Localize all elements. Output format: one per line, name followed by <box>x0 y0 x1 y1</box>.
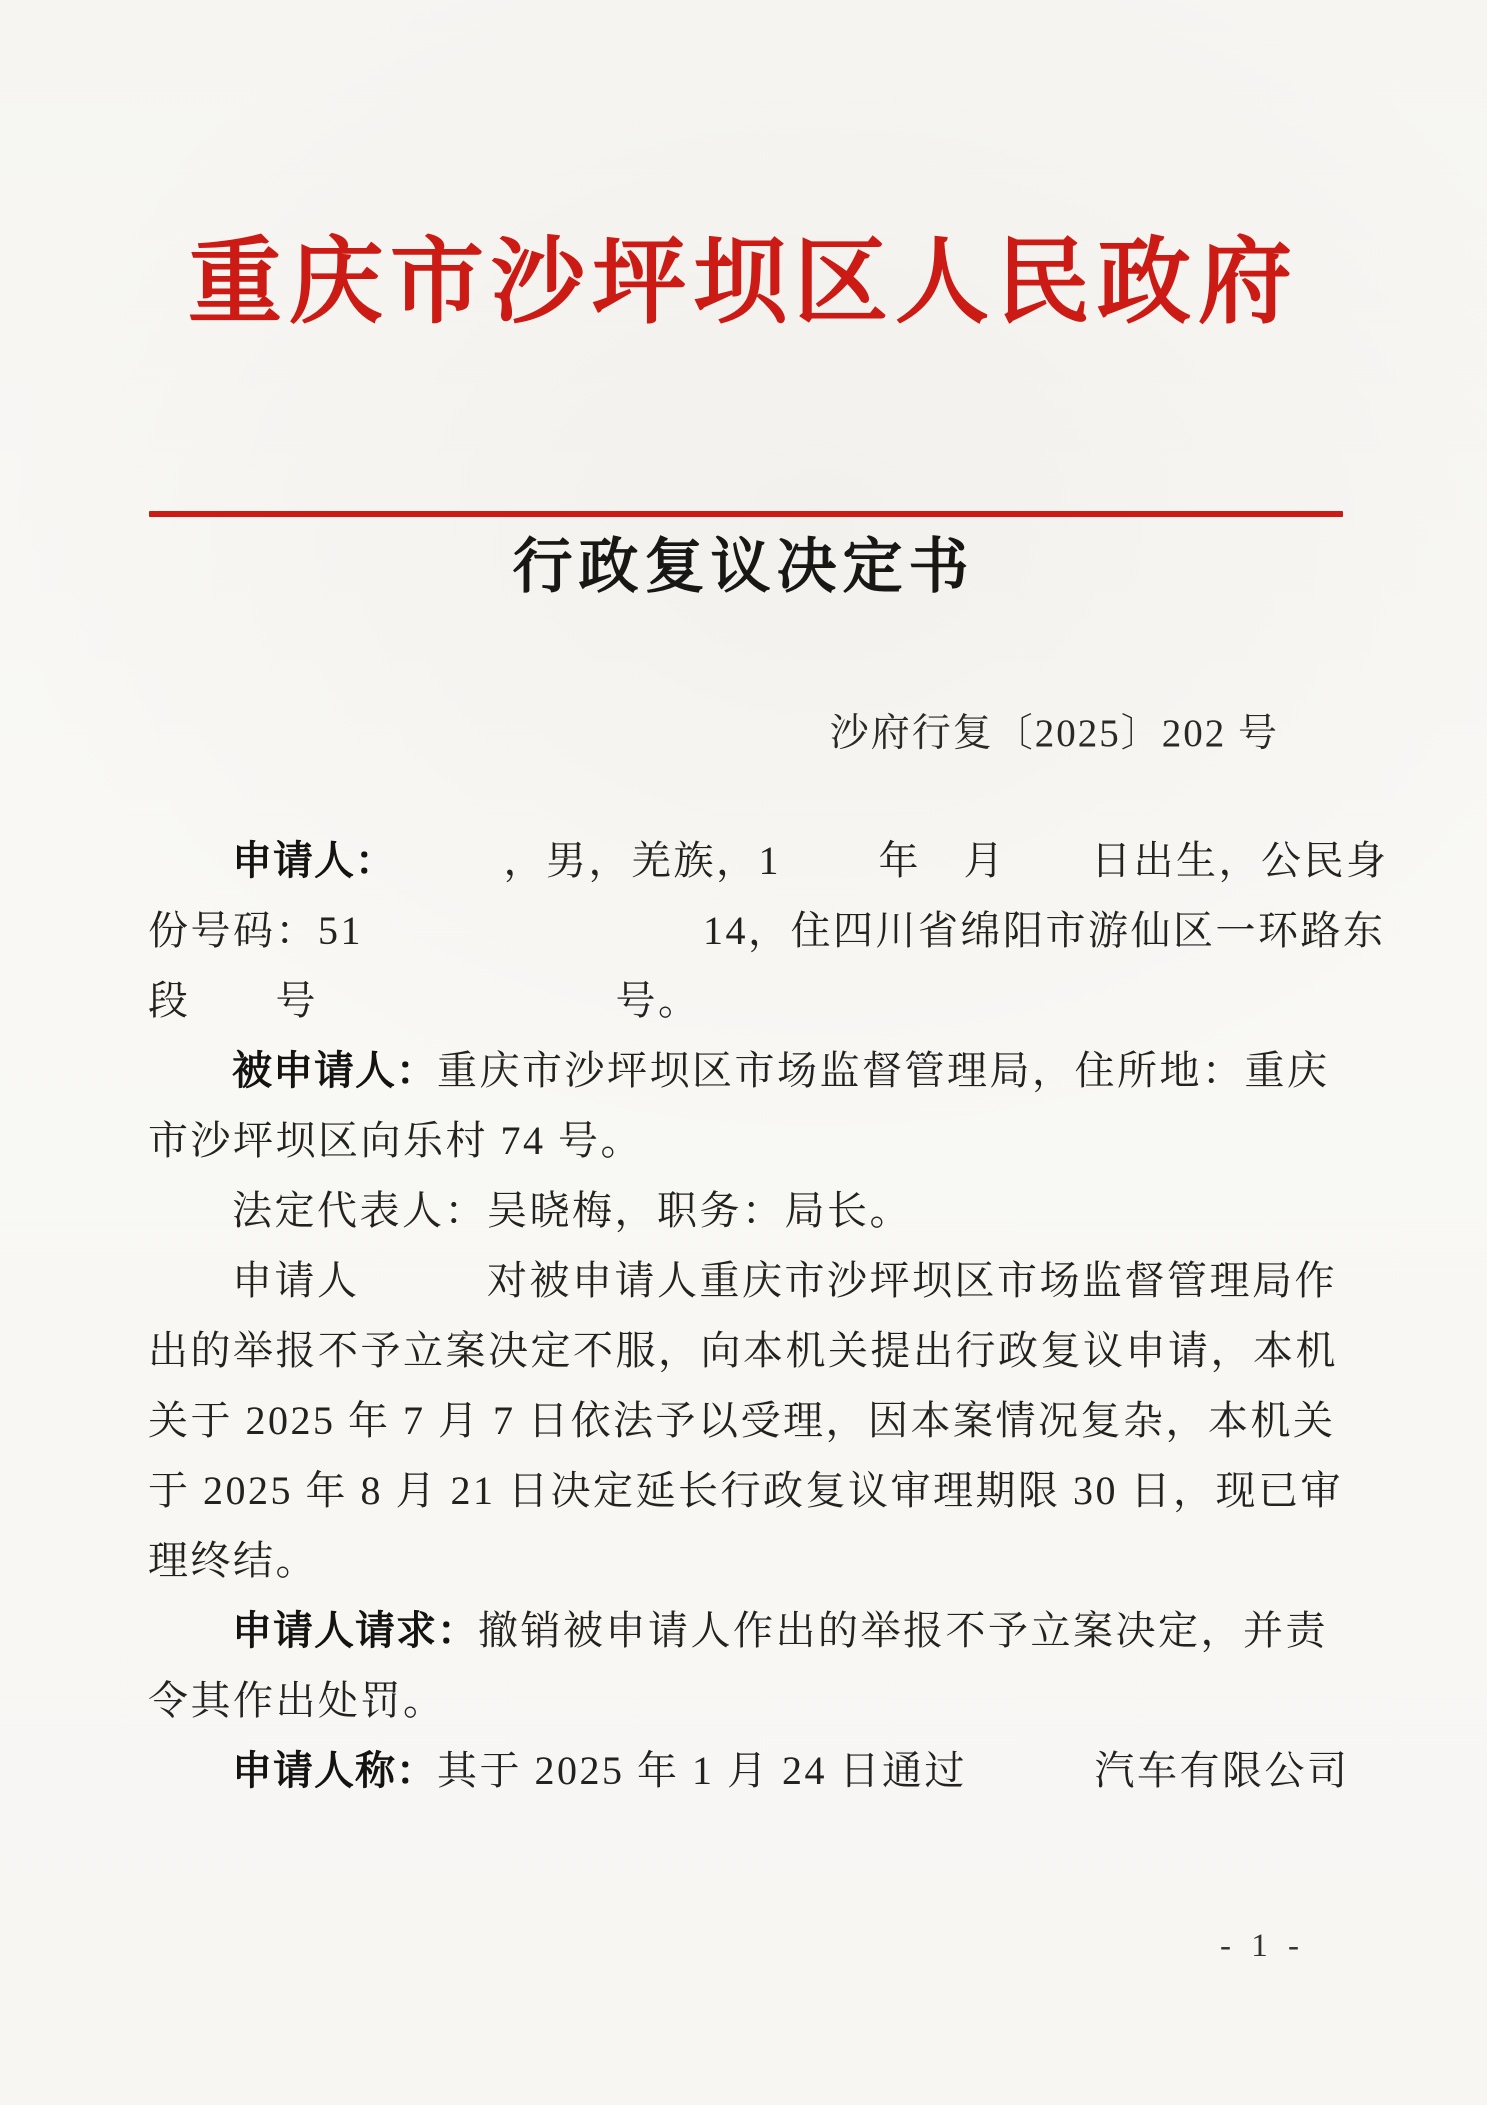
body-line-text: 申请人 对被申请人重庆市沙坪坝区市场监督管理局作 <box>232 1258 1337 1303</box>
document-title: 行政复议决定书 <box>0 526 1487 608</box>
scanned-document-page: 重庆市沙坪坝区人民政府 行政复议决定书 沙府行复〔2025〕202 号 申请人：… <box>0 0 1487 2105</box>
body-line-text: 份号码：51 14，住四川省绵阳市游仙区一环路东 <box>148 908 1386 953</box>
body-line: 申请人请求：撤销被申请人作出的举报不予立案决定，并责 <box>148 1596 1348 1666</box>
document-body: 申请人： ，男，羌族，1 年 月 日出生，公民身份号码：51 14，住四川省绵阳… <box>148 826 1348 1806</box>
body-line-text: 于 2025 年 8 月 21 日决定延长行政复议审理期限 30 日，现已审 <box>148 1468 1343 1513</box>
body-line-text: 市沙坪坝区向乐村 74 号。 <box>148 1118 643 1163</box>
body-line: 段 号 号。 <box>148 966 1348 1036</box>
body-line: 份号码：51 14，住四川省绵阳市游仙区一环路东 <box>148 896 1348 966</box>
body-line-label: 申请人请求： <box>232 1609 478 1653</box>
body-line-text: ，男，羌族，1 年 月 日出生，公民身 <box>376 838 1389 883</box>
body-line: 申请人称：其于 2025 年 1 月 24 日通过 汽车有限公司 <box>148 1736 1348 1806</box>
body-line: 市沙坪坝区向乐村 74 号。 <box>148 1106 1348 1176</box>
body-line-label: 申请人： <box>232 839 376 883</box>
body-line-text: 令其作出处罚。 <box>148 1678 446 1723</box>
body-line-text: 出的举报不予立案决定不服，向本机关提出行政复议申请，本机 <box>148 1328 1338 1373</box>
page-number: - 1 - <box>1220 1928 1305 1965</box>
body-line-text: 法定代表人：吴晓梅，职务：局长。 <box>232 1188 912 1233</box>
body-line: 令其作出处罚。 <box>148 1666 1348 1736</box>
body-line-text: 其于 2025 年 1 月 24 日通过 汽车有限公司 <box>437 1748 1350 1793</box>
body-line-text: 关于 2025 年 7 月 7 日依法予以受理，因本案情况复杂，本机关 <box>148 1398 1336 1443</box>
body-line-text: 重庆市沙坪坝区市场监督管理局，住所地：重庆 <box>437 1048 1330 1093</box>
body-line-label: 申请人称： <box>232 1749 437 1793</box>
agency-title: 重庆市沙坪坝区人民政府 <box>0 228 1487 338</box>
body-line: 申请人： ，男，羌族，1 年 月 日出生，公民身 <box>148 826 1348 896</box>
body-line: 出的举报不予立案决定不服，向本机关提出行政复议申请，本机 <box>148 1316 1348 1386</box>
body-line: 关于 2025 年 7 月 7 日依法予以受理，因本案情况复杂，本机关 <box>148 1386 1348 1456</box>
body-line-label: 被申请人： <box>232 1049 437 1093</box>
body-line-text: 撤销被申请人作出的举报不予立案决定，并责 <box>478 1608 1328 1653</box>
body-line: 理终结。 <box>148 1526 1348 1596</box>
body-line-text: 段 号 号。 <box>148 978 701 1023</box>
body-line-text: 理终结。 <box>148 1538 318 1583</box>
body-line: 于 2025 年 8 月 21 日决定延长行政复议审理期限 30 日，现已审 <box>148 1456 1348 1526</box>
document-number: 沙府行复〔2025〕202 号 <box>0 706 1487 762</box>
body-line: 申请人 对被申请人重庆市沙坪坝区市场监督管理局作 <box>148 1246 1348 1316</box>
body-line: 被申请人：重庆市沙坪坝区市场监督管理局，住所地：重庆 <box>148 1036 1348 1106</box>
body-line: 法定代表人：吴晓梅，职务：局长。 <box>148 1176 1348 1246</box>
header-divider-rule <box>149 511 1343 517</box>
